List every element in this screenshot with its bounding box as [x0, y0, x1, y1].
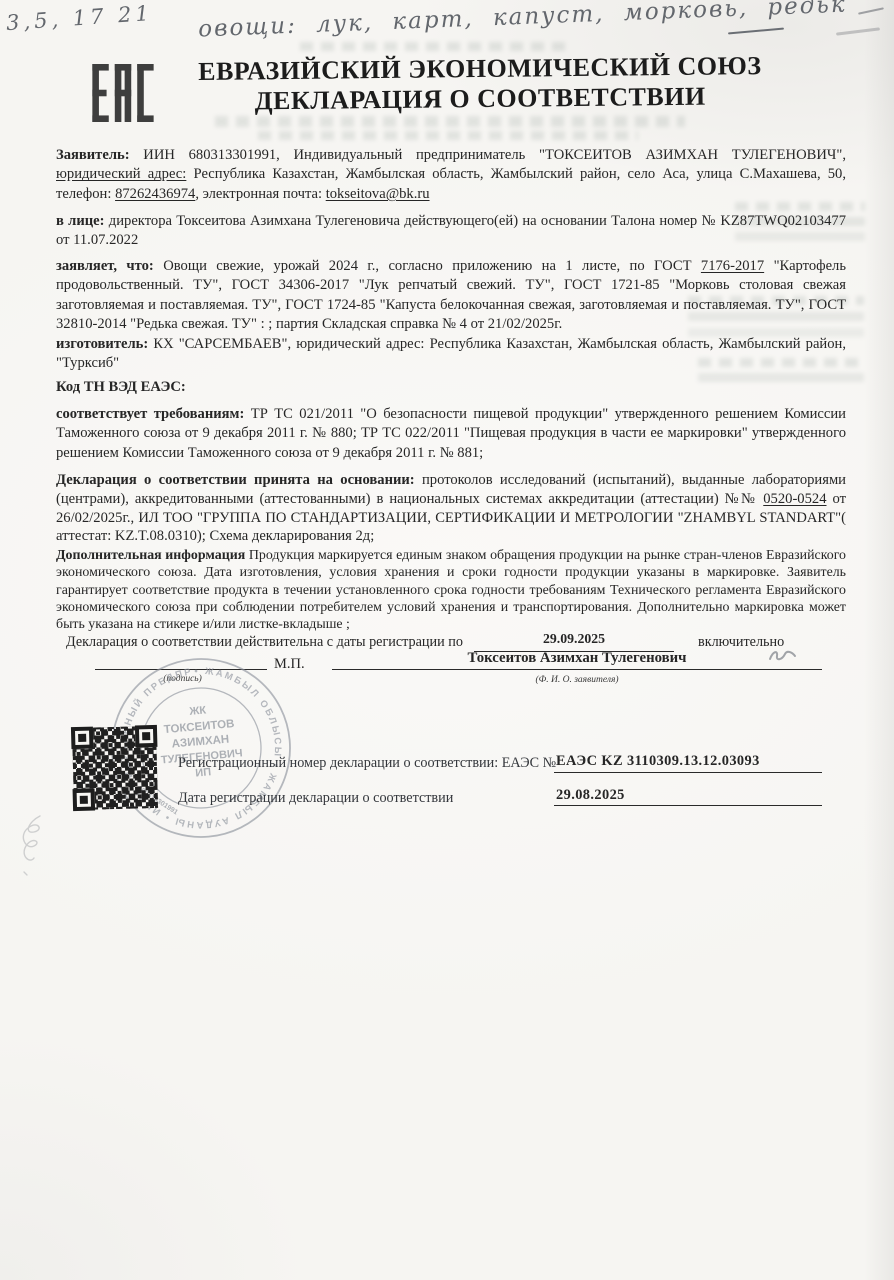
manufacturer-text: КХ "САРСЕМБАЕВ", юридический адрес: Респ… — [56, 336, 846, 371]
gost-number-underlined: 7176-2017 — [701, 258, 764, 274]
document-header: ЕВРАЗИЙСКИЙ ЭКОНОМИЧЕСКИЙ СОЮЗ ДЕКЛАРАЦИ… — [150, 51, 811, 118]
pencil-scribble — [10, 812, 60, 887]
paragraph-manufacturer: изготовитель: КХ "САРСЕМБАЕВ", юридическ… — [56, 335, 846, 374]
handwritten-numbers: 3,5, 17 21 — [5, 1, 153, 35]
applicant-label: Заявитель: — [56, 147, 130, 163]
registration-number-label: Регистрационный номер декларации о соотв… — [178, 755, 556, 772]
pencil-dash — [858, 7, 884, 14]
applicant-text: ИИН 680313301991, Индивидуальный предпри… — [130, 147, 846, 163]
declares-label: заявляет, что: — [56, 258, 154, 274]
registration-date-label: Дата регистрации декларации о соответств… — [178, 790, 453, 807]
manufacturer-label: изготовитель: — [56, 336, 148, 352]
paragraph-additional-info: Дополнительная информация Продукция марк… — [56, 547, 846, 633]
conforms-label: соответствует требованиям: — [56, 406, 244, 422]
registration-date-underline — [554, 805, 822, 806]
ghost-text-smudge — [258, 131, 638, 140]
pen-signature-mark — [768, 648, 798, 669]
paragraph-person: в лице: директора Токсеитова Азимхана Ту… — [56, 212, 846, 251]
name-underline — [332, 669, 822, 670]
declares-text1: Овощи свежие, урожай 2024 г., согласно п… — [154, 258, 701, 274]
qr-code — [72, 726, 158, 810]
pencil-dash — [836, 27, 880, 35]
qr-finder-pattern — [73, 789, 96, 812]
paragraph-tnved: Код ТН ВЭД ЕАЭС: — [56, 378, 846, 397]
registration-number-value: ЕАЭС KZ 3110309.13.12.03093 — [556, 753, 760, 770]
ghost-text-smudge — [300, 42, 570, 51]
handwritten-note: овощи: лук, карт, капуст, морковь, редьк — [198, 0, 847, 42]
protocol-numbers-underlined: 0520-0524 — [763, 491, 826, 507]
scanned-declaration-document: { "handwriting": { "numbers": "3,5, 17 2… — [0, 0, 894, 1280]
validity-date: 29.09.2025 — [474, 631, 674, 647]
applicant-email-label: , электронная почта: — [195, 186, 325, 202]
applicant-address-label: юридический адрес: — [56, 166, 186, 182]
name-caption: (Ф. И. О. заявителя) — [332, 675, 822, 685]
person-text: директора Токсеитова Азимхана Тулегенови… — [56, 213, 846, 248]
paragraph-applicant: Заявитель: ИИН 680313301991, Индивидуаль… — [56, 146, 846, 204]
applicant-full-name: Токсеитов Азимхан Тулегенович — [332, 650, 822, 667]
registration-number-underline — [554, 772, 822, 773]
applicant-phone: 87262436974 — [115, 186, 195, 202]
basis-label: Декларация о соответствии принята на осн… — [56, 472, 415, 488]
ghost-text-smudge — [215, 116, 685, 127]
stamp-line-firstname: АЗИМХАН — [171, 734, 229, 751]
paragraph-declares: заявляет, что: Овощи свежие, урожай 2024… — [56, 257, 846, 335]
applicant-email: tokseitova@bk.ru — [326, 186, 430, 202]
registration-date-value: 29.08.2025 — [556, 787, 625, 804]
stamp-line-zhk: ЖК — [188, 704, 207, 718]
additional-info-label: Дополнительная информация — [56, 548, 245, 563]
tnved-label: Код ТН ВЭД ЕАЭС: — [56, 379, 186, 395]
paragraph-conforms: соответствует требованиям: ТР ТС 021/201… — [56, 405, 846, 463]
qr-finder-pattern — [135, 725, 158, 748]
scan-edge-shadow — [864, 0, 894, 1280]
person-label: в лице: — [56, 213, 105, 229]
qr-finder-pattern — [71, 727, 94, 750]
paragraph-basis: Декларация о соответствии принята на осн… — [56, 471, 846, 546]
handwritten-underline-stroke — [728, 28, 784, 35]
